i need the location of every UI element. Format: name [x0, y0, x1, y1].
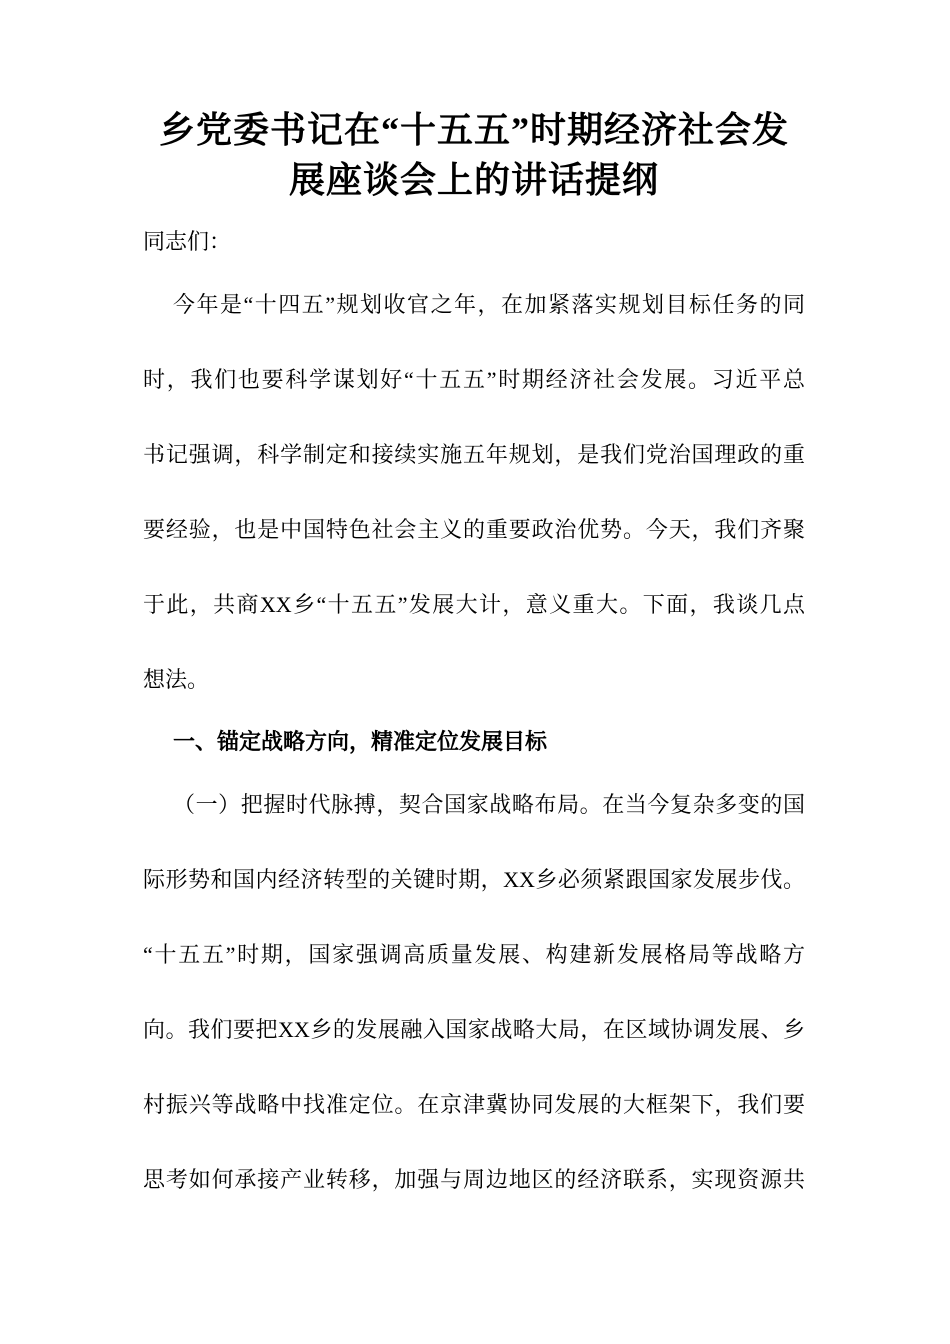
text-line: 村振兴等战略中找准定位。在京津冀协同发展的大框架下，我们要	[143, 1067, 805, 1142]
salutation: 同志们：	[143, 217, 805, 267]
body-paragraph: （一）把握时代脉搏，契合国家战略布局。在当今复杂多变的国际形势和国内经济转型的关…	[143, 767, 805, 1217]
text-line: 思考如何承接产业转移，加强与周边地区的经济联系，实现资源共	[143, 1142, 805, 1217]
text-line: 际形势和国内经济转型的关键时期，XX乡必须紧跟国家发展步伐。	[143, 842, 805, 917]
section-heading: 一、锚定战略方向，精准定位发展目标	[143, 717, 805, 767]
text-line: 要经验，也是中国特色社会主义的重要政治优势。今天，我们齐聚	[143, 492, 805, 567]
text-line: “十五五”时期，国家强调高质量发展、构建新发展格局等战略方	[143, 917, 805, 992]
document-page: 乡党委书记在“十五五”时期经济社会发 展座谈会上的讲话提纲 同志们： 今年是“十…	[0, 0, 950, 1344]
text-line: 书记强调，科学制定和接续实施五年规划，是我们党治国理政的重	[143, 417, 805, 492]
text-line: 今年是“十四五”规划收官之年，在加紧落实规划目标任务的同	[143, 267, 805, 342]
document-title-line-1: 乡党委书记在“十五五”时期经济社会发	[143, 105, 805, 155]
document-body: 今年是“十四五”规划收官之年，在加紧落实规划目标任务的同时，我们也要科学谋划好“…	[143, 267, 805, 1217]
document-title: 乡党委书记在“十五五”时期经济社会发 展座谈会上的讲话提纲	[143, 105, 805, 205]
text-line: 时，我们也要科学谋划好“十五五”时期经济社会发展。习近平总	[143, 342, 805, 417]
text-line: 向。我们要把XX乡的发展融入国家战略大局，在区域协调发展、乡	[143, 992, 805, 1067]
text-line: 想法。	[143, 642, 805, 717]
body-paragraph: 今年是“十四五”规划收官之年，在加紧落实规划目标任务的同时，我们也要科学谋划好“…	[143, 267, 805, 717]
text-line: 于此，共商XX乡“十五五”发展大计，意义重大。下面，我谈几点	[143, 567, 805, 642]
text-line: 一、锚定战略方向，精准定位发展目标	[143, 717, 805, 767]
document-title-line-2: 展座谈会上的讲话提纲	[143, 155, 805, 205]
text-line: （一）把握时代脉搏，契合国家战略布局。在当今复杂多变的国	[143, 767, 805, 842]
